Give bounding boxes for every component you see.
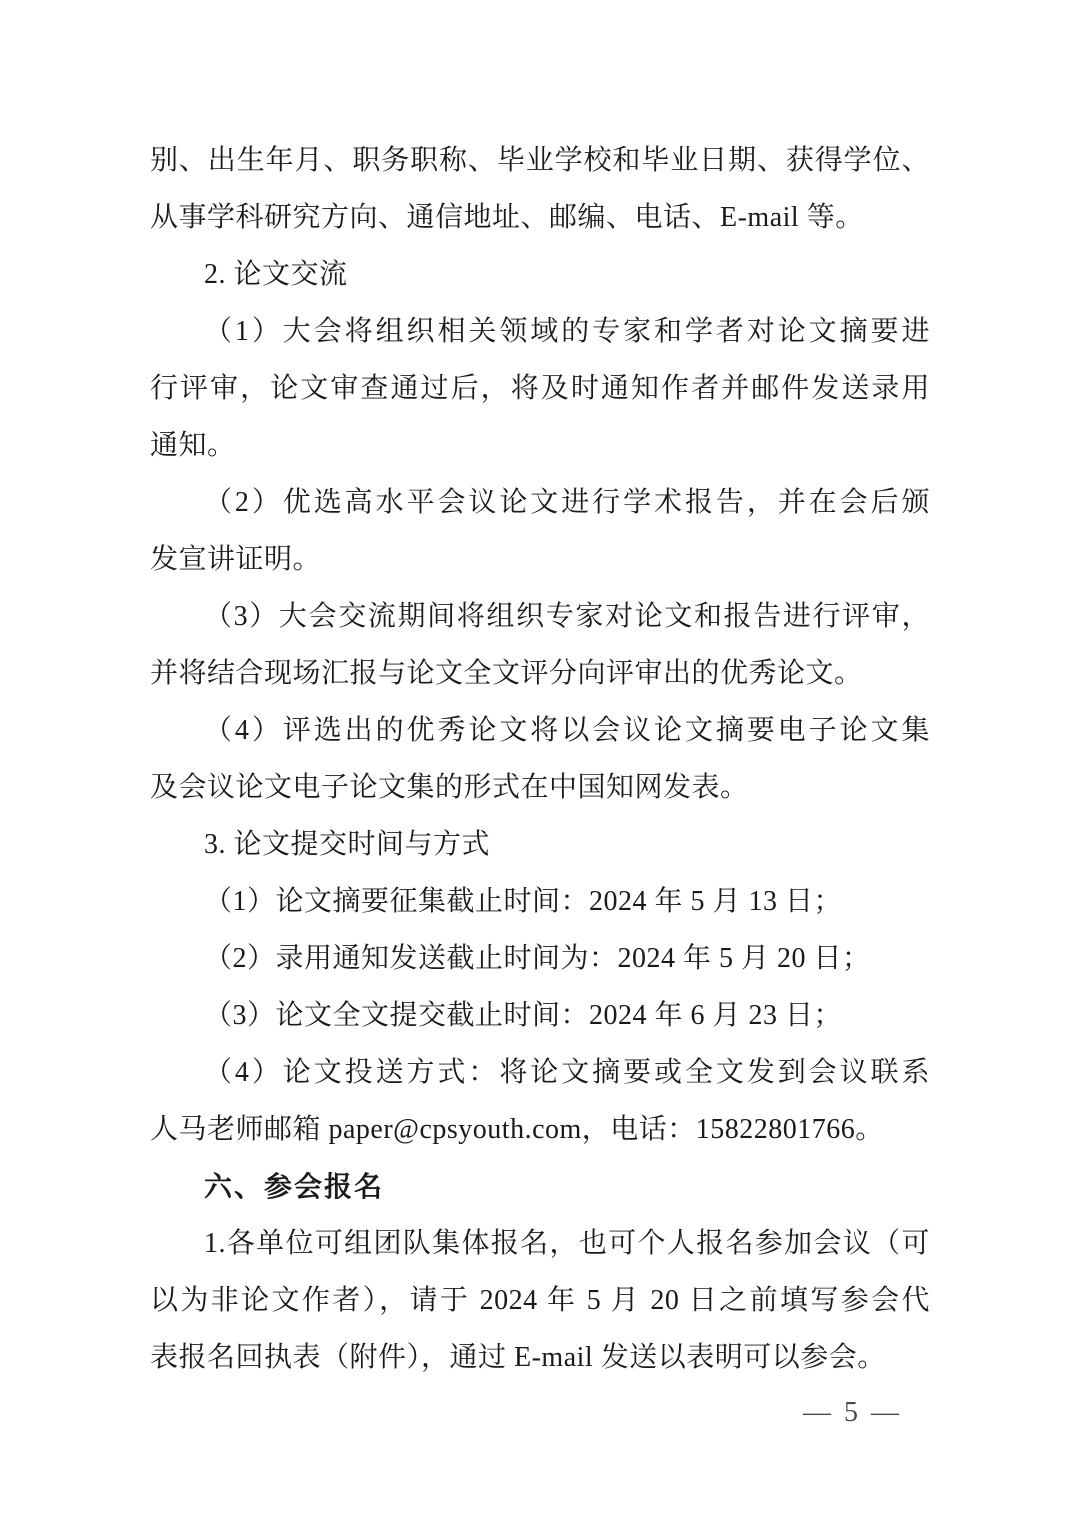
text-line: 及会议论文电子论文集的形式在中国知网发表。: [150, 759, 930, 816]
text-line: 1.各单位可组团队集体报名，也可个人报名参加会议（可: [150, 1215, 930, 1272]
text-line: 从事学科研究方向、通信地址、邮编、电话、E-mail 等。: [150, 189, 930, 246]
deadline-abstract: （1）论文摘要征集截止时间：2024 年 5 月 13 日；: [150, 873, 930, 930]
text-line: （4）论文投送方式：将论文摘要或全文发到会议联系: [150, 1044, 930, 1101]
list-item-paper-exchange: 2. 论文交流: [150, 246, 930, 303]
deadline-full-paper: （3）论文全文提交截止时间：2024 年 6 月 23 日；: [150, 987, 930, 1044]
page-number: — 5 —: [150, 1396, 930, 1430]
text-line: 以为非论文作者），请于 2024 年 5 月 20 日之前填写参会代: [150, 1272, 930, 1329]
document-page: 别、出生年月、职务职称、毕业学校和毕业日期、获得学位、 从事学科研究方向、通信地…: [0, 0, 1080, 1527]
text-line: 发宣讲证明。: [150, 531, 930, 588]
text-line: 通知。: [150, 417, 930, 474]
text-line: （4）评选出的优秀论文将以会议论文摘要电子论文集: [150, 702, 930, 759]
text-line: 行评审，论文审查通过后，将及时通知作者并邮件发送录用: [150, 360, 930, 417]
text-line: 别、出生年月、职务职称、毕业学校和毕业日期、获得学位、: [150, 132, 930, 189]
text-line: 表报名回执表（附件），通过 E-mail 发送以表明可以参会。: [150, 1329, 930, 1386]
contact-email-phone-line: 人马老师邮箱 paper@cpsyouth.com，电话：15822801766…: [150, 1101, 930, 1158]
deadline-acceptance-notice: （2）录用通知发送截止时间为：2024 年 5 月 20 日；: [150, 930, 930, 987]
section-heading-registration: 六、参会报名: [150, 1158, 930, 1215]
text-line: 并将结合现场汇报与论文全文评分向评审出的优秀论文。: [150, 645, 930, 702]
text-line: （2）优选高水平会议论文进行学术报告，并在会后颁: [150, 474, 930, 531]
text-line: （1）大会将组织相关领域的专家和学者对论文摘要进: [150, 303, 930, 360]
document-body: 别、出生年月、职务职称、毕业学校和毕业日期、获得学位、 从事学科研究方向、通信地…: [150, 132, 930, 1386]
text-line: （3）大会交流期间将组织专家对论文和报告进行评审，: [150, 588, 930, 645]
list-item-submission-time: 3. 论文提交时间与方式: [150, 816, 930, 873]
